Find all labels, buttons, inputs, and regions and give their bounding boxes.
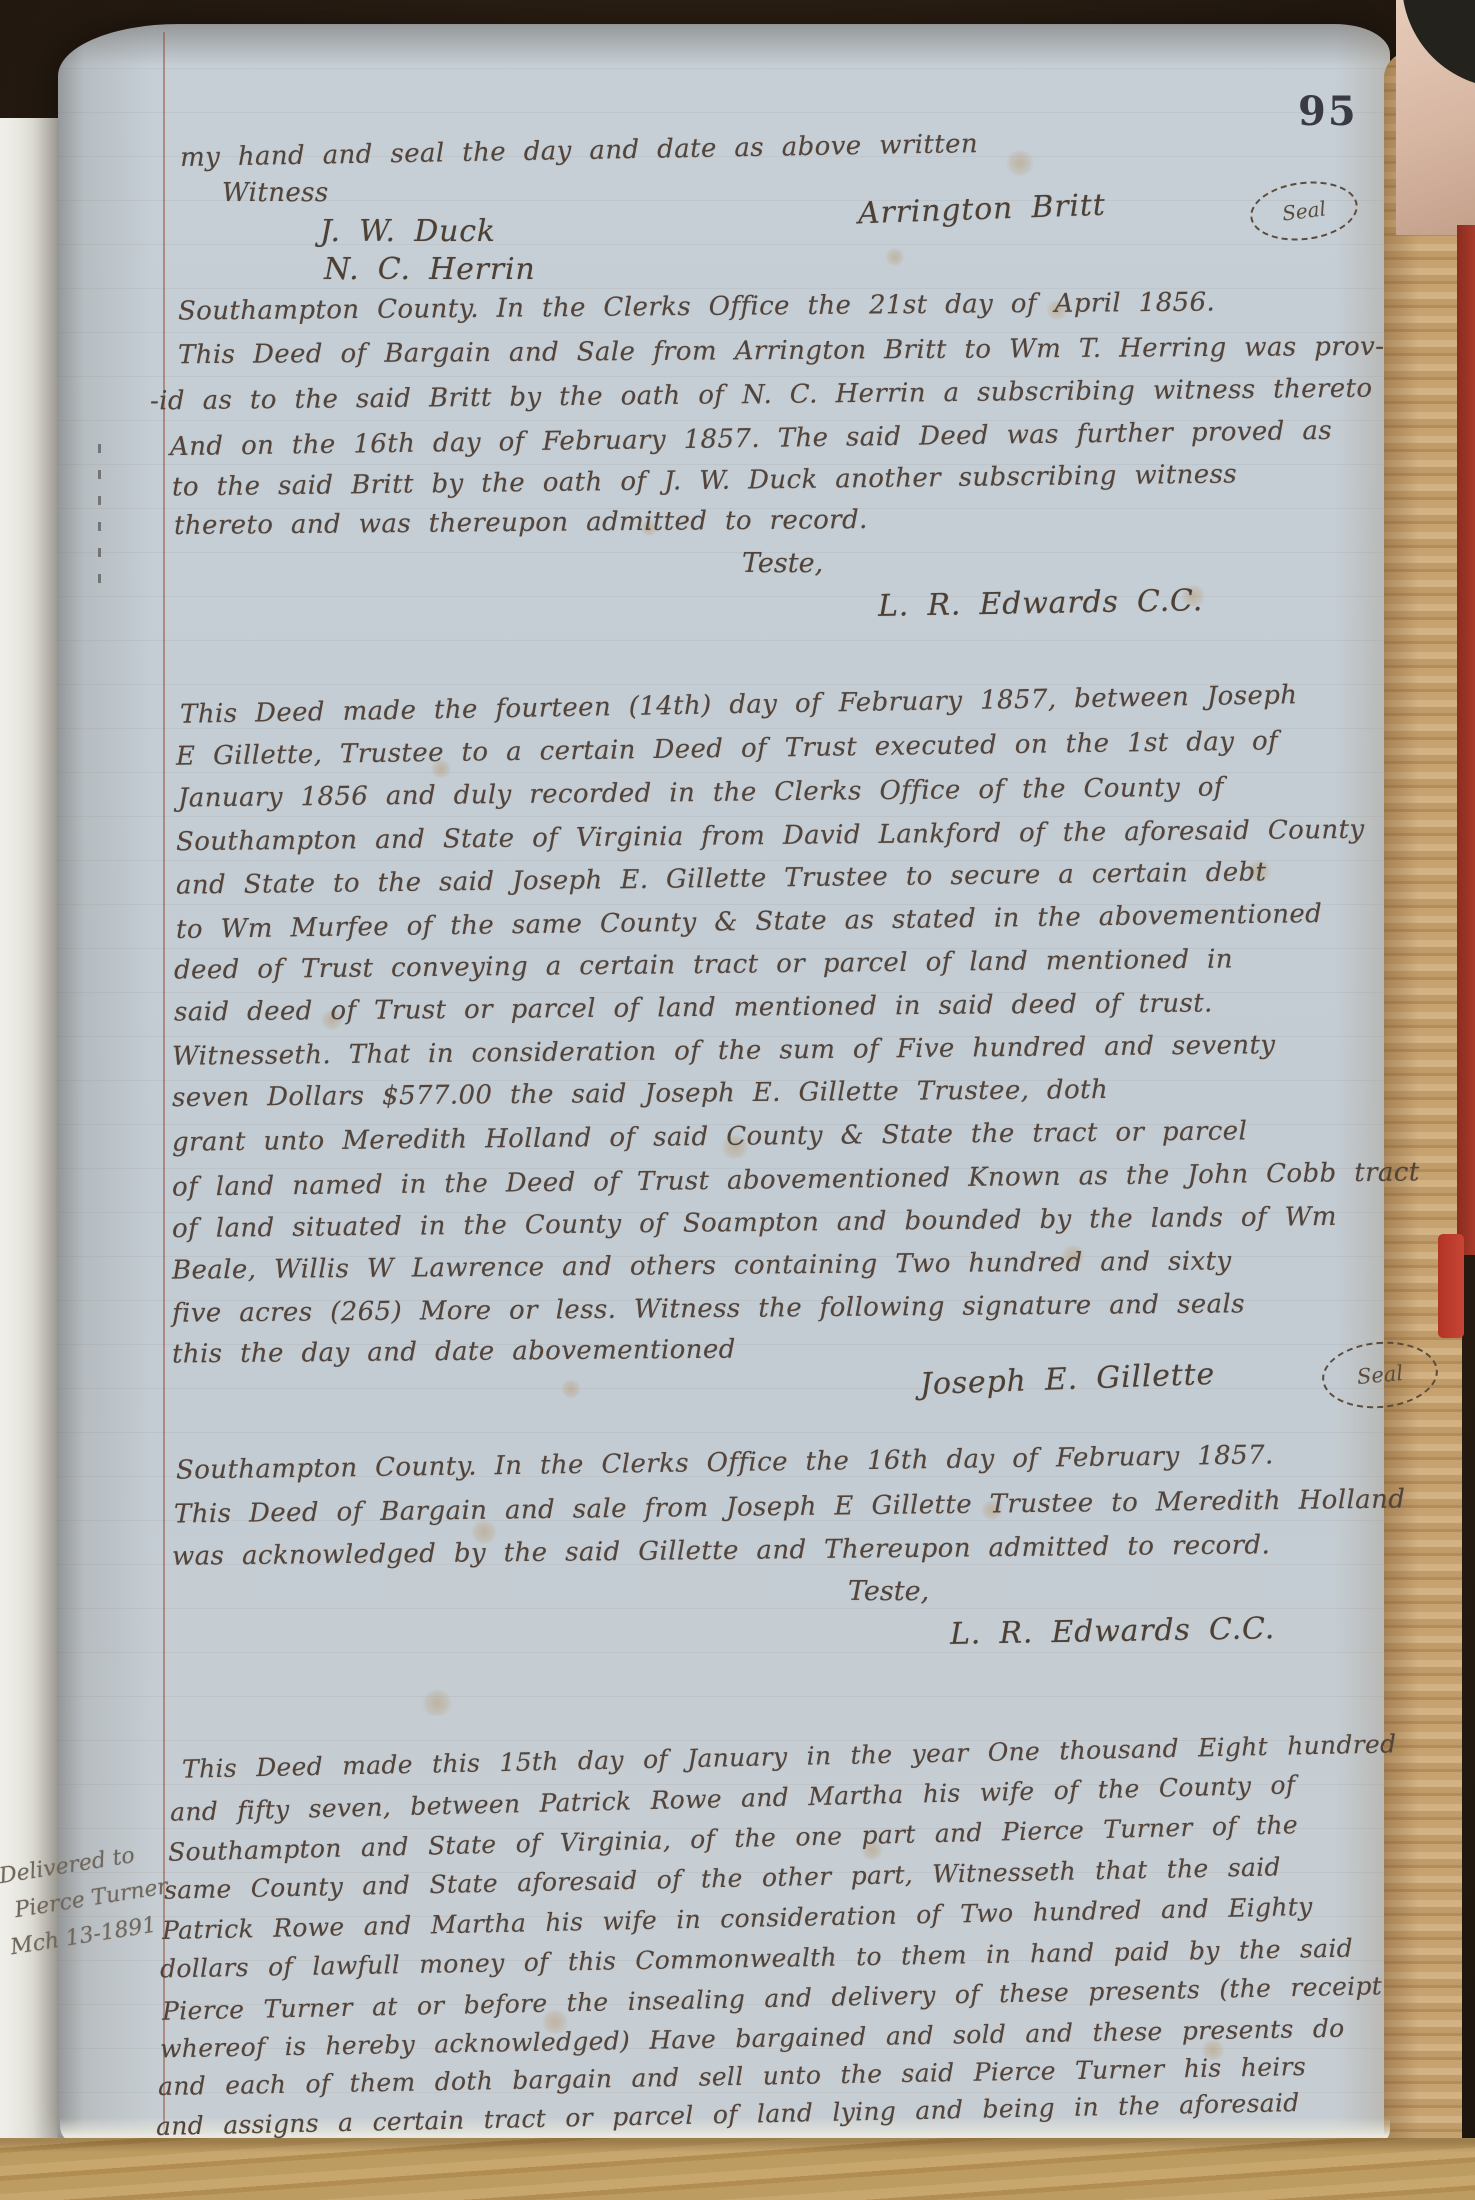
witness-label: Witness xyxy=(222,178,329,208)
foxing-spot xyxy=(560,1380,582,1398)
deed-text-line: this the day and date abovementioned xyxy=(172,1335,736,1370)
page-number: 95 xyxy=(1298,88,1358,135)
ledger-photo: 95 my hand and seal the day and date as … xyxy=(0,0,1475,2200)
foxing-spot xyxy=(885,248,905,266)
attest-label: Teste, xyxy=(742,548,823,579)
witness-signature: J. W. Duck xyxy=(320,214,496,249)
foxing-spot xyxy=(1005,150,1035,176)
deed-text-line: thereto and was thereupon admitted to re… xyxy=(174,505,868,541)
witness-signature: N. C. Herrin xyxy=(324,252,535,287)
clerk-signature: L. R. Edwards C.C. xyxy=(878,583,1204,624)
seal-label: Seal xyxy=(1281,196,1327,225)
red-book-cover-notch xyxy=(1438,1234,1464,1338)
binding-stitch-marks xyxy=(98,444,101,594)
margin-rule-line xyxy=(163,32,165,2140)
red-book-cover-sliver xyxy=(1457,225,1475,1255)
seal-label: Seal xyxy=(1356,1361,1404,1389)
foxing-spot xyxy=(420,1690,454,1716)
book-fore-edge-pages xyxy=(1384,52,1462,2148)
wooden-table xyxy=(0,2138,1475,2200)
clerk-signature: L. R. Edwards C.C. xyxy=(950,1611,1276,1652)
attest-label: Teste, xyxy=(848,1576,929,1607)
